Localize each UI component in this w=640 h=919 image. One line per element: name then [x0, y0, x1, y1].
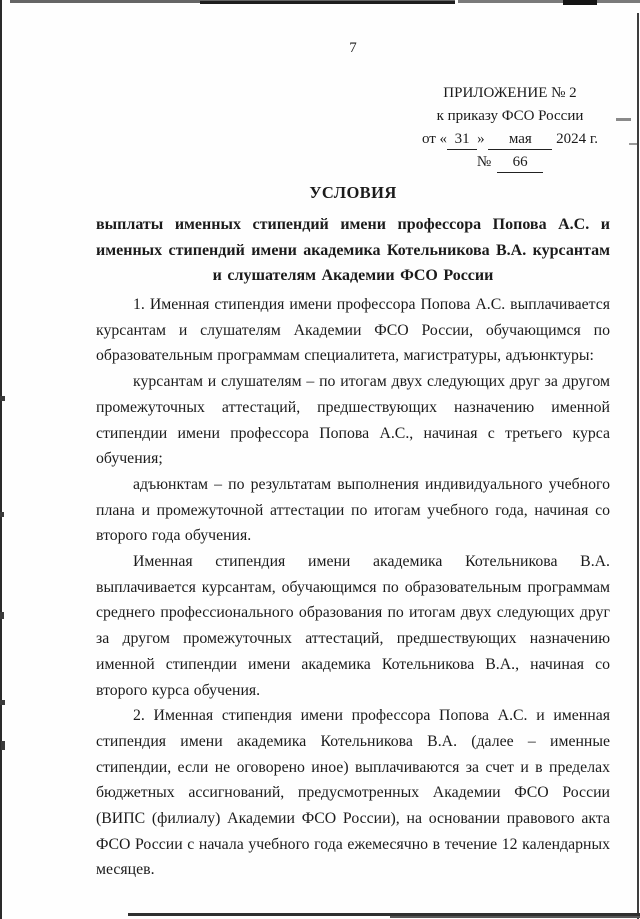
date-day-underlined: 31	[447, 130, 477, 150]
scan-artifact-top-bar	[563, 0, 597, 5]
scan-artifact-right-edge	[637, 13, 639, 919]
paragraph: Именная стипендия имени академика Котель…	[96, 549, 610, 703]
appendix-number-line: №66	[415, 151, 605, 174]
document-page: 7 ПРИЛОЖЕНИЕ № 2 к приказу ФСО России от…	[0, 0, 640, 919]
scan-artifact-tick	[0, 512, 4, 517]
appendix-title: ПРИЛОЖЕНИЕ № 2	[415, 82, 605, 105]
appendix-subtitle: к приказу ФСО России	[415, 105, 605, 128]
scan-artifact-bottom-edge	[128, 913, 640, 916]
appendix-block: ПРИЛОЖЕНИЕ № 2 к приказу ФСО России от «…	[415, 82, 605, 174]
document-heading: УСЛОВИЯ выплаты именных стипендий имени …	[96, 183, 610, 289]
scan-artifact-top-bar	[10, 0, 455, 3]
scan-artifact-tick	[1, 741, 5, 750]
document-body: 1. Именная стипендия имени профессора По…	[96, 292, 610, 883]
scan-artifact-tick	[0, 700, 5, 705]
scan-artifact-left-edge	[0, 0, 2, 919]
paragraph: 1. Именная стипендия имени профессора По…	[96, 292, 610, 369]
document-title: УСЛОВИЯ	[96, 183, 610, 203]
scan-artifact-top-bar	[200, 1, 455, 4]
scan-artifact-tick	[0, 396, 5, 401]
number-sign: №	[477, 154, 491, 170]
page-number: 7	[96, 40, 610, 57]
scan-artifact-dash	[616, 118, 631, 121]
scan-artifact-tick	[0, 612, 4, 619]
number-value-underlined: 66	[497, 153, 543, 173]
paragraph: курсантам и слушателям – по итогам двух …	[96, 369, 610, 472]
date-year: 2024 г.	[556, 131, 598, 147]
date-close-quote: »	[477, 131, 485, 147]
scan-artifact-dash	[629, 143, 637, 145]
date-prefix: от «	[422, 131, 447, 147]
scan-artifact-top-bar	[458, 0, 640, 3]
appendix-date-line: от «31» мая 2024 г.	[415, 128, 605, 151]
scan-artifact-bottom-edge	[390, 916, 640, 918]
document-subtitle: выплаты именных стипендий имени профессо…	[96, 212, 610, 289]
paragraph: 2. Именная стипендия имени профессора По…	[96, 703, 610, 883]
paragraph: адъюнктам – по результатам выполнения ин…	[96, 472, 610, 549]
date-month-underlined: мая	[488, 130, 552, 150]
